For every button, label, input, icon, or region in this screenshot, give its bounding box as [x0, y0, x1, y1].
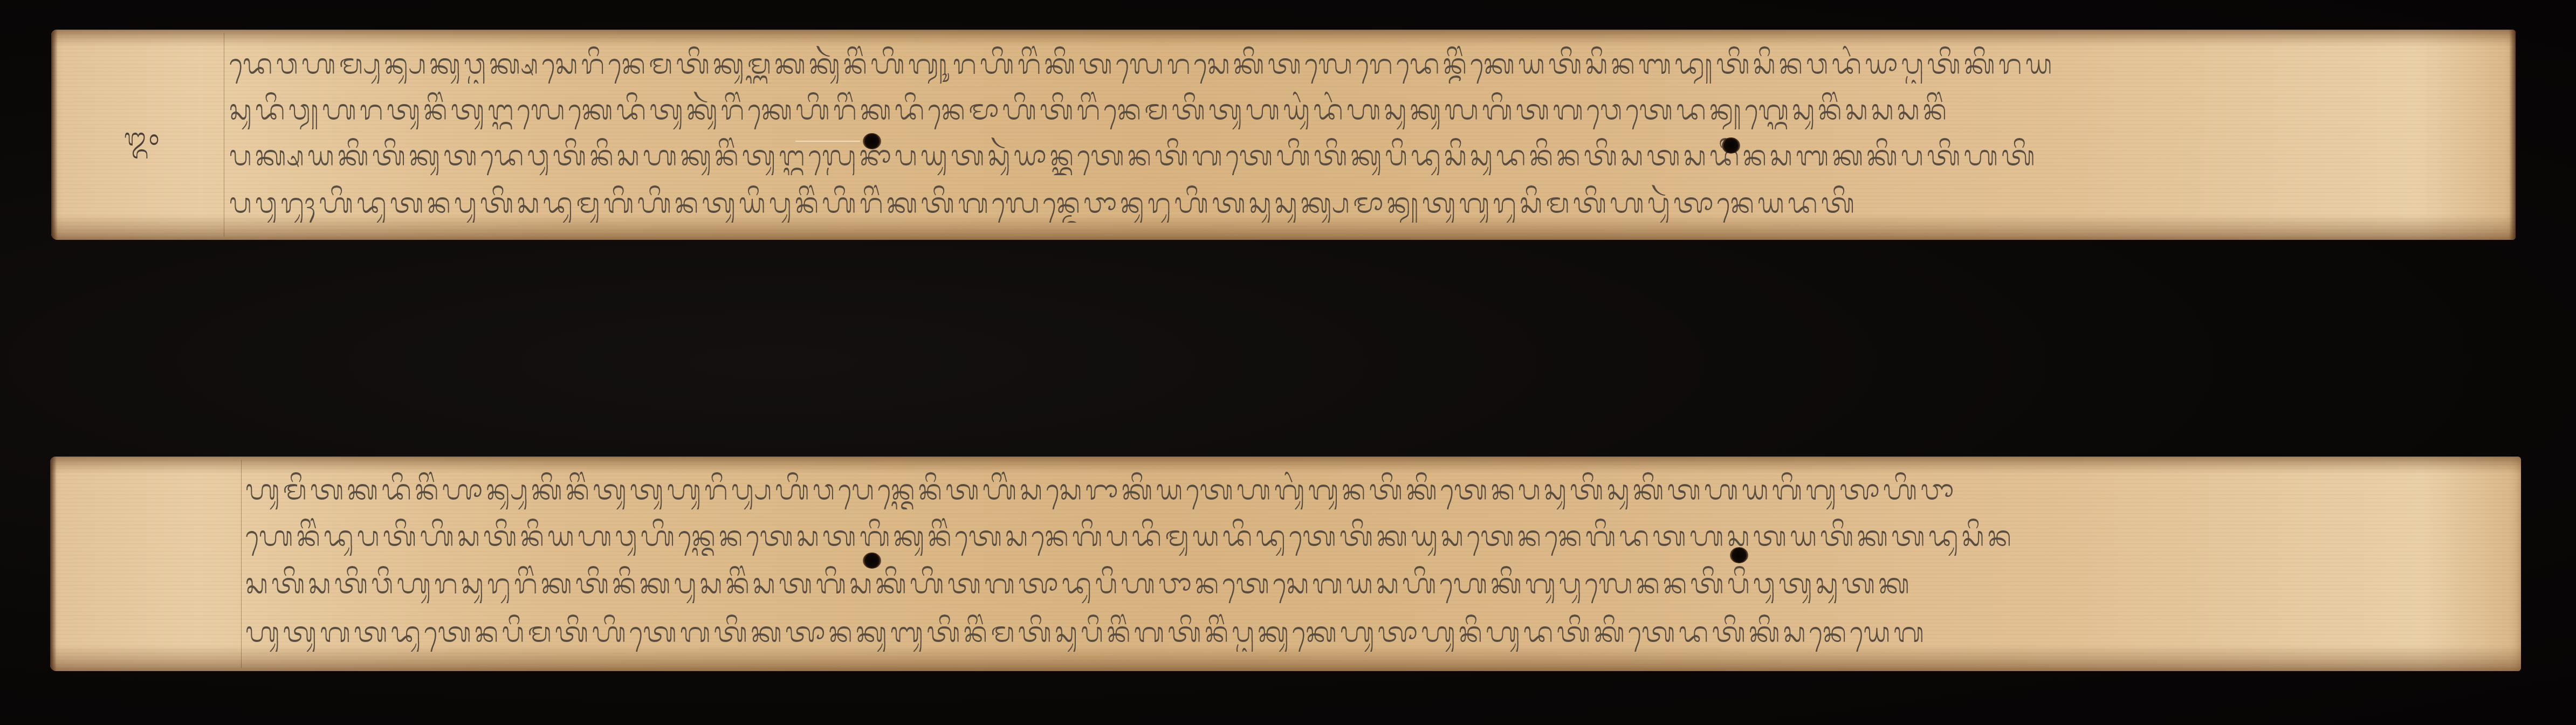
script-line: ᬧᬓ᭄ᬱᬬᬓᬶᬢᬶᬓᬸᬢᬤᬾᬯᬸᬢᬶᬦᬶᬲᬳᬓᬸᬦᬶᬂᬢᬸᬗ᭄ᬕᬮ᭄ᬭᬾᬦᬵᬧᬬ…	[229, 137, 2392, 175]
scratch-mark	[795, 141, 860, 142]
script-line: ᬳᬸᬢᬸᬕᬢᬤᬸᬢᬾᬦᬧᬶᬫᬢᬶᬳᬶᬢᬾᬕᬢᬶᬓᬢᬵᬦᬓᬸᬩᬸᬢᬶᬦᬶᬂᬫᬢᬶᬲ…	[245, 614, 2359, 652]
folio-number: ᭓᭐	[124, 120, 161, 163]
burnt-left-edge	[51, 30, 58, 240]
manuscript-leaf-bottom: ᬳᬸᬫᬶᬢᬓᬤᬶᬦᬶᬂᬳᬵᬦ᭄ᬲᬸᬓᬶᬦᬶᬂᬢᬸᬢᬸᬳᬸᬭᬶᬧ᭄ᬲᬳᬶᬯᬧᬾᬦ᭄…	[50, 457, 2521, 671]
script-line: ᬳᬸᬫᬶᬢᬓᬤᬶᬦᬶᬂᬳᬵᬦ᭄ᬲᬸᬓᬶᬦᬶᬂᬢᬸᬢᬸᬳᬸᬭᬶᬧ᭄ᬲᬳᬶᬯᬧᬾᬦ᭄…	[245, 472, 2370, 509]
binding-hole	[1730, 547, 1748, 563]
margin-rule	[241, 460, 242, 668]
script-line: ᬤᬾᬯᬳᬫ᭄ᬧᬸᬦ᭄ᬲᬓᬸᬯᬺᬓ᭄ᬱᬲᬾᬭᬶᬦᬾᬫᬢᬶᬓᬸᬫ᭄ᬩᬓᬓᬸᬃᬦᬶᬂᬳ…	[229, 46, 2408, 84]
script-line: ᬲᬢᬶᬲᬢᬶᬯᬶᬳᬸᬭᬲᬸᬭᬸᬭᬶᬂᬓᬢᬶᬦᬶᬓᬧᬸᬲᬦᬶᬂᬲᬢᬕᬶᬲᬓᬶᬳᬶᬢ…	[245, 565, 2338, 603]
script-line: ᬳᬾᬦᬶᬂᬤᬸᬧᬢᬶᬳᬶᬲᬢᬶᬦᬶᬬᬳᬯᬸᬳᬶᬦ᭄ᬢᬾᬦᬢᬾᬲᬢᬕᬶᬓᬸᬦᬶᬂᬢ…	[245, 518, 2348, 556]
binding-hole	[1722, 137, 1740, 154]
manuscript-leaf-top: ᭓᭐ ᬤᬾᬯᬳᬫ᭄ᬧᬸᬦ᭄ᬲᬓᬸᬯᬺᬓ᭄ᬱᬲᬾᬭᬶᬦᬾᬫᬢᬶᬓᬸᬫ᭄ᬩᬓᬓᬸᬃᬦ…	[51, 30, 2516, 240]
margin-rule	[224, 33, 224, 237]
burnt-left-edge	[50, 457, 57, 671]
script-line: ᬲᬸᬤᬶᬯ᭄ᬬᬳᬭᬢᬸᬦᬶᬂᬢᬸᬗ᭄ᬕᬮᬾᬓᬾᬤᬶᬢᬸᬓᬸᬃᬭᬶᬂᬓᬾᬳᬶᬭᬶᬂ…	[229, 92, 2375, 129]
binding-hole	[863, 553, 881, 569]
burnt-right-edge	[2509, 30, 2516, 240]
script-line: ᬧᬯᬸᬭᬸᬄᬳᬶᬤᬸᬢᬦᬧᬸᬢᬶᬲᬤᬸᬫᬸᬕᬶᬳᬶᬦᬢᬸᬬᬶᬧᬸᬦᬶᬂᬳᬶᬭᬶᬂ…	[229, 185, 2386, 223]
script-text-block: ᬳᬸᬫᬶᬢᬓᬤᬶᬦᬶᬂᬳᬵᬦ᭄ᬲᬸᬓᬶᬦᬶᬂᬢᬸᬢᬸᬳᬸᬭᬶᬧ᭄ᬲᬳᬶᬯᬧᬾᬦ᭄…	[245, 468, 2370, 662]
script-text-block: ᬤᬾᬯᬳᬫ᭄ᬧᬸᬦ᭄ᬲᬓᬸᬯᬺᬓ᭄ᬱᬲᬾᬭᬶᬦᬾᬫᬢᬶᬓᬸᬫ᭄ᬩᬓᬓᬸᬃᬦᬶᬂᬳ…	[229, 40, 2408, 234]
binding-hole	[863, 133, 881, 149]
